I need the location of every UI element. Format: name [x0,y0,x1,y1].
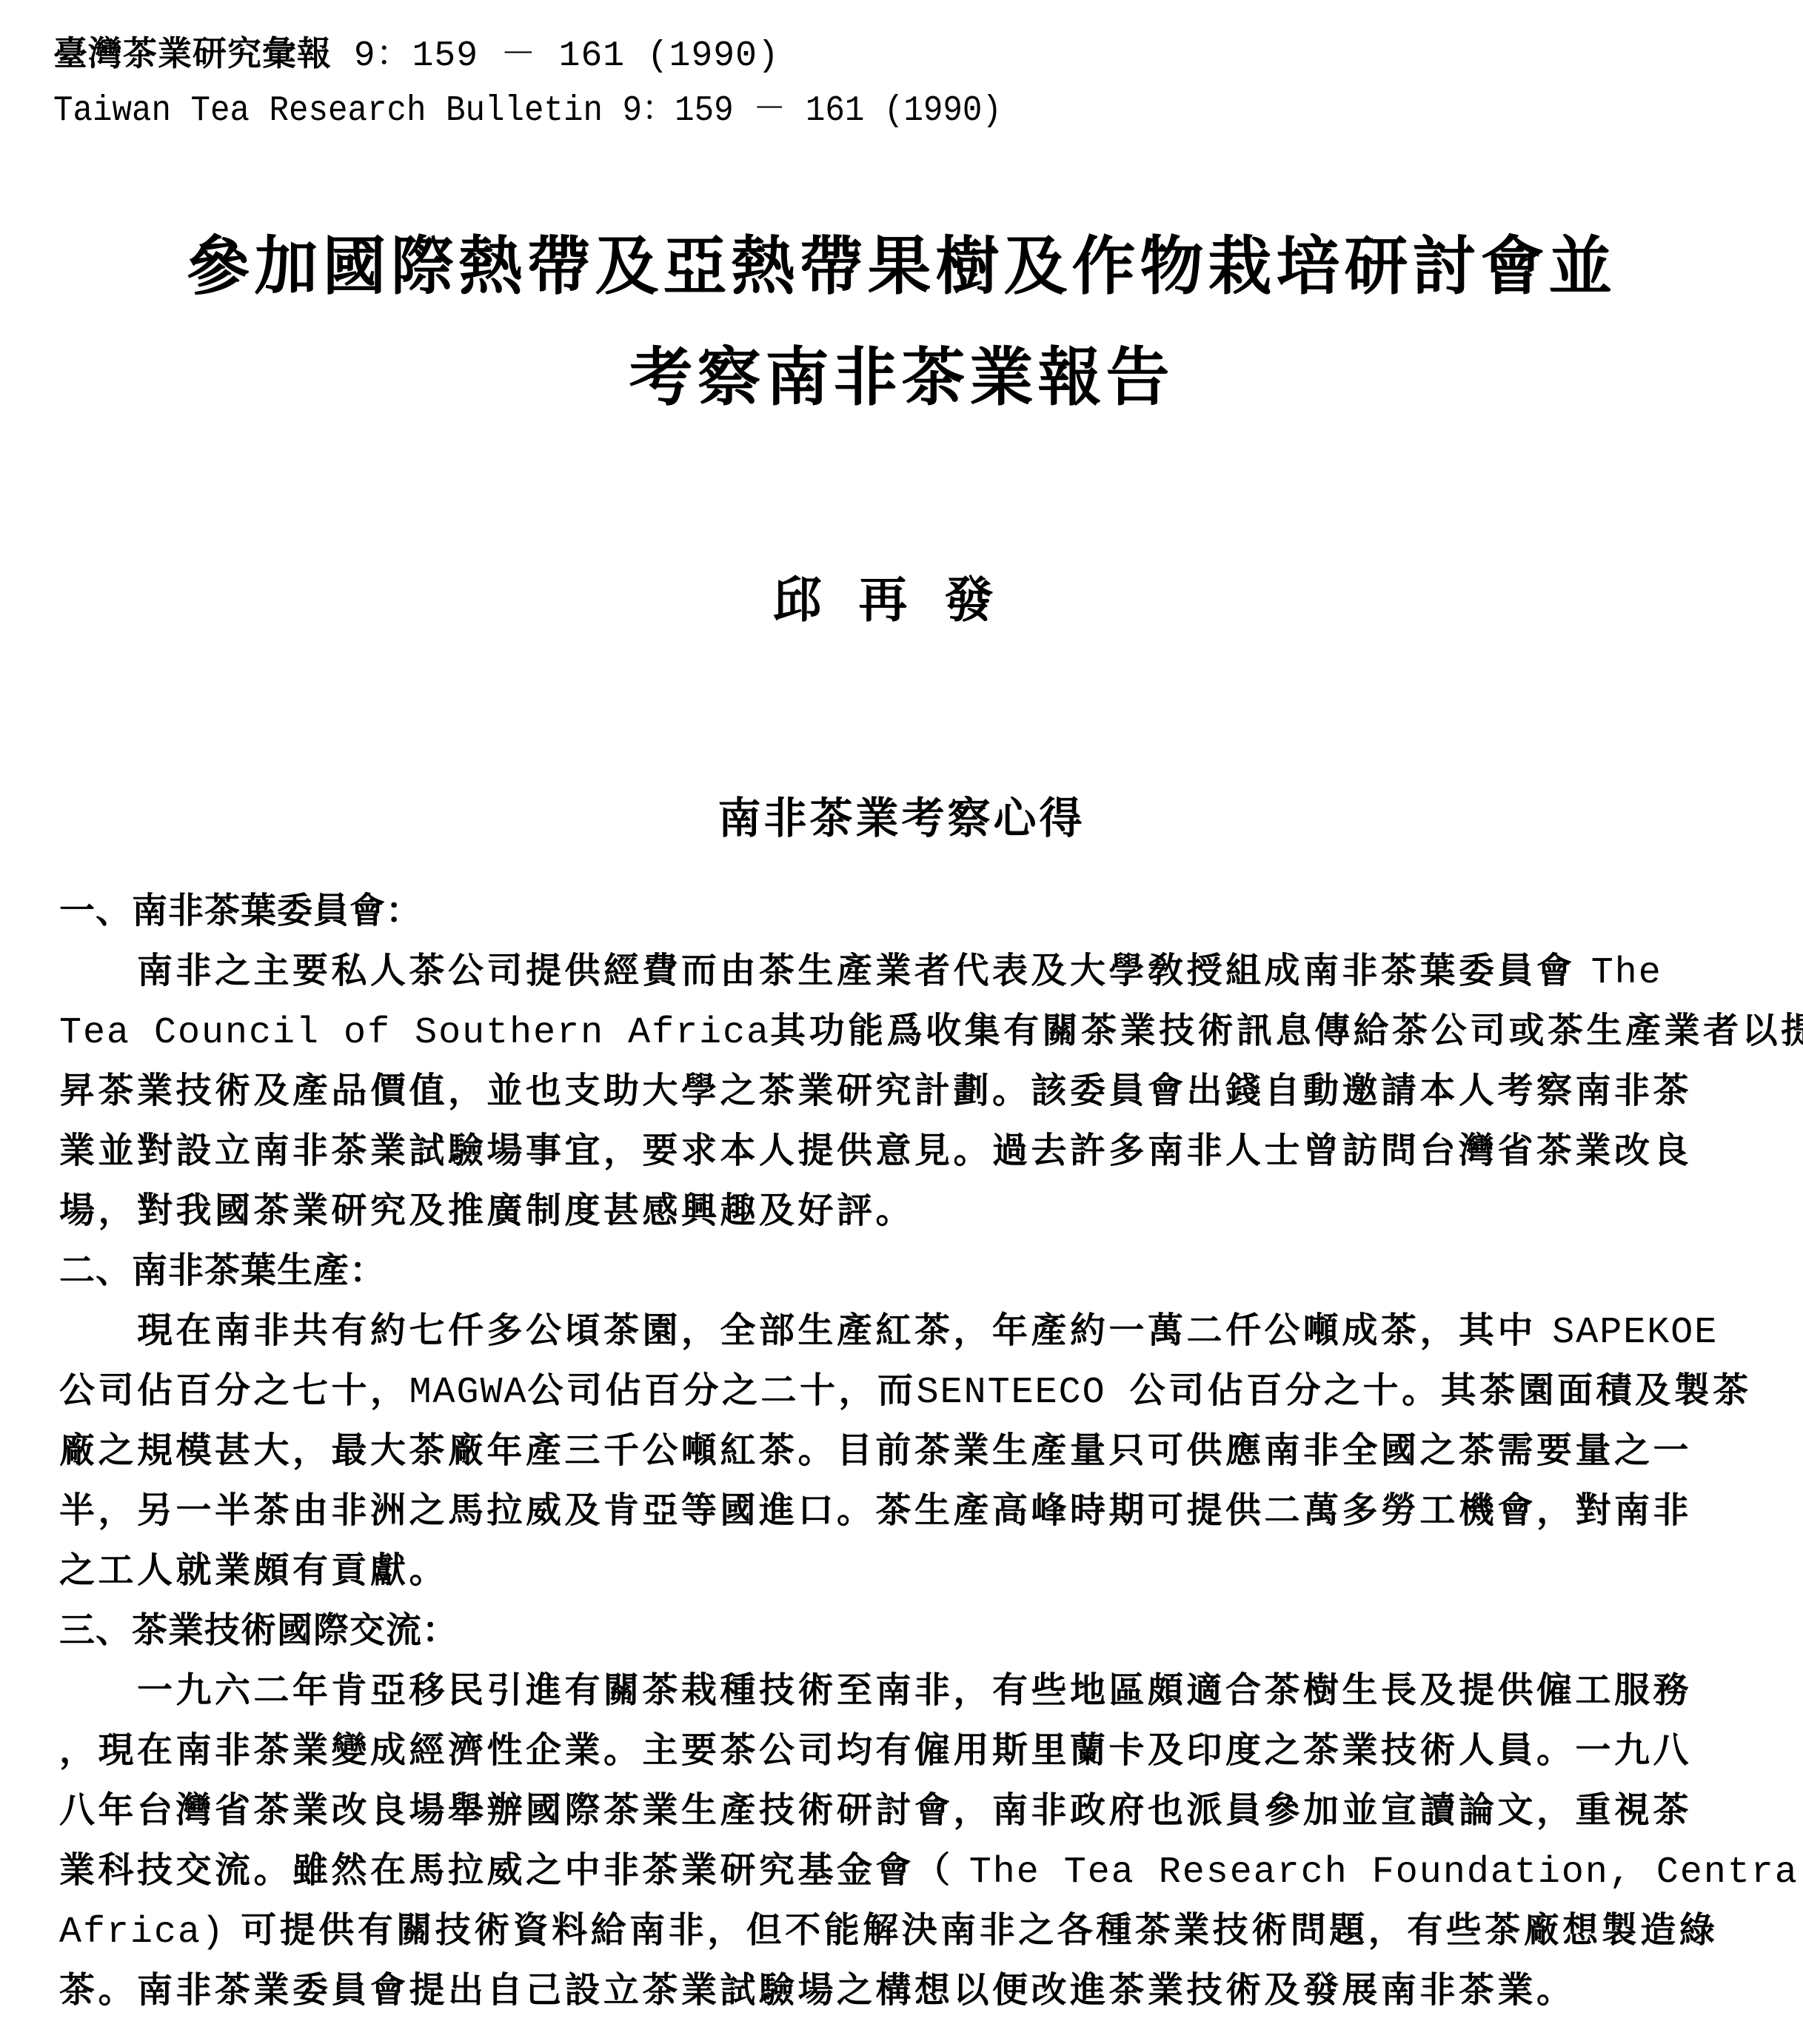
latin-text: SENTEECO [917,1372,1130,1414]
chinese-text: 其功能爲收集有關茶業技術訊息傳給茶公司或茶生產業者以提 [770,1010,1803,1051]
chinese-text: 八年台灣省茶業改良場舉辦國際茶業生產技術研討會，南非政府也派員參加並宣讀論文，重… [59,1789,1692,1831]
chinese-text: 之工人就業頗有貢獻。 [59,1549,448,1591]
chinese-text: 昇茶業技術及產品價值，並也支助大學之茶業研究計劃。該委員會出錢自動邀請本人考察南… [59,1070,1692,1111]
latin-text: Africa) [59,1911,225,1954]
subsection-heading: 二、南非茶葉生產： [59,1241,1762,1301]
paragraph-line: 公司佔百分之七十，MAGWA公司佔百分之二十，而SENTEECO 公司佔百分之十… [59,1361,1762,1421]
paragraph-line: ，現在南非茶業變成經濟性企業。主要茶公司均有僱用斯里蘭卡及印度之茶業技術人員。一… [59,1720,1762,1780]
journal-citation-numbers: 9：159 － 161 (1990) [332,36,780,76]
paragraph-line: 茶。南非茶業委員會提出自己設立茶業試驗場之構想以便改進茶業技術及發展南非茶業。 [59,1960,1762,2020]
paragraph-line: 業科技交流。雖然在馬拉威之中非茶業研究基金會（ The Tea Research… [59,1840,1762,1900]
journal-name-chinese: 臺灣茶業研究彙報 [53,33,332,73]
paragraph-line: 業並對設立南非茶業試驗場事宜，要求本人提供意見。過去許多南非人士曾訪問台灣省茶業… [59,1121,1762,1181]
chinese-text: 茶。南非茶業委員會提出自己設立茶業試驗場之構想以便改進茶業技術及發展南非茶業。 [59,1969,1576,2011]
latin-text: The [1591,952,1662,994]
chinese-text: 半，另一半茶由非洲之馬拉威及肯亞等國進口。茶生產高峰時期可提供二萬多勞工機會，對… [59,1490,1692,1531]
chinese-text: 現在南非共有約七仟多公頃茶園，全部生產紅茶，年產約一萬二仟公噸成茶，其中 [137,1310,1552,1351]
paper-title-line-1: 參加國際熱帶及亞熱帶果樹及作物栽培研討會並 [0,229,1803,304]
chinese-text: 一九六二年肯亞移民引進有關茶栽種技術至南非，有些地區頗適合茶樹生長及提供僱工服務 [137,1669,1692,1711]
chinese-text: 場，對我國茶業研究及推廣制度甚感興趣及好評。 [59,1190,914,1231]
latin-text: MAGWA [409,1372,528,1414]
latin-text: Tea Council of Southern Africa [59,1012,770,1054]
chinese-text: 南非之主要私人茶公司提供經費而由茶生產業者代表及大學敎授組成南非茶葉委員會 [137,950,1591,991]
journal-citation-english: Taiwan Tea Research Bulletin 9：159 － 161… [53,90,1002,132]
paragraph-line: 一九六二年肯亞移民引進有關茶栽種技術至南非，有些地區頗適合茶樹生長及提供僱工服務 [59,1661,1762,1720]
body-text: 一、南非茶葉委員會：南非之主要私人茶公司提供經費而由茶生產業者代表及大學敎授組成… [59,881,1762,2020]
subsection-heading: 三、茶業技術國際交流： [59,1601,1762,1661]
paragraph-line: 現在南非共有約七仟多公頃茶園，全部生產紅茶，年產約一萬二仟公噸成茶，其中 SAP… [59,1301,1762,1361]
journal-citation-chinese: 臺灣茶業研究彙報 9：159 － 161 (1990) [53,33,780,77]
chinese-text: 可提供有關技術資料給南非，但不能解決南非之各種茶業技術問題，有些茶廠想製造綠 [225,1909,1718,1951]
chinese-text: 公司佔百分之二十，而 [528,1370,917,1411]
paragraph-line: 廠之規模甚大，最大茶廠年產三千公噸紅茶。目前茶業生產量只可供應南非全國之茶需要量… [59,1421,1762,1481]
paragraph-line: 半，另一半茶由非洲之馬拉威及肯亞等國進口。茶生產高峰時期可提供二萬多勞工機會，對… [59,1481,1762,1541]
paragraph-line: Tea Council of Southern Africa其功能爲收集有關茶業… [59,1001,1762,1061]
subsection-heading: 一、南非茶葉委員會： [59,881,1762,941]
chinese-text: 公司佔百分之十。其茶園面積及製茶 [1130,1370,1752,1411]
chinese-text: 業並對設立南非茶業試驗場事宜，要求本人提供意見。過去許多南非人士曾訪問台灣省茶業… [59,1130,1692,1171]
paragraph-line: Africa) 可提供有關技術資料給南非，但不能解決南非之各種茶業技術問題，有些… [59,1900,1762,1960]
paper-title-line-2: 考察南非茶業報告 [0,341,1803,415]
latin-text: The Tea Research Foundation, Central [969,1852,1803,1894]
section-heading: 南非茶業考察心得 [0,792,1803,844]
paragraph-line: 八年台灣省茶業改良場舉辦國際茶業生產技術研討會，南非政府也派員參加並宣讀論文，重… [59,1780,1762,1840]
chinese-text: 業科技交流。雖然在馬拉威之中非茶業研究基金會（ [59,1849,969,1891]
paragraph-line: 南非之主要私人茶公司提供經費而由茶生產業者代表及大學敎授組成南非茶葉委員會 Th… [59,941,1762,1001]
paragraph-line: 昇茶業技術及產品價值，並也支助大學之茶業研究計劃。該委員會出錢自動邀請本人考察南… [59,1061,1762,1121]
paragraph-line: 之工人就業頗有貢獻。 [59,1541,1762,1601]
latin-text: SAPEKOE [1552,1312,1718,1354]
chinese-text: 廠之規模甚大，最大茶廠年產三千公噸紅茶。目前茶業生產量只可供應南非全國之茶需要量… [59,1430,1692,1471]
chinese-text: ，現在南非茶業變成經濟性企業。主要茶公司均有僱用斯里蘭卡及印度之茶業技術人員。一… [59,1729,1692,1771]
chinese-text: 公司佔百分之七十， [59,1370,409,1411]
author-name: 邱再發 [0,570,1803,629]
paragraph-line: 場，對我國茶業研究及推廣制度甚感興趣及好評。 [59,1181,1762,1241]
